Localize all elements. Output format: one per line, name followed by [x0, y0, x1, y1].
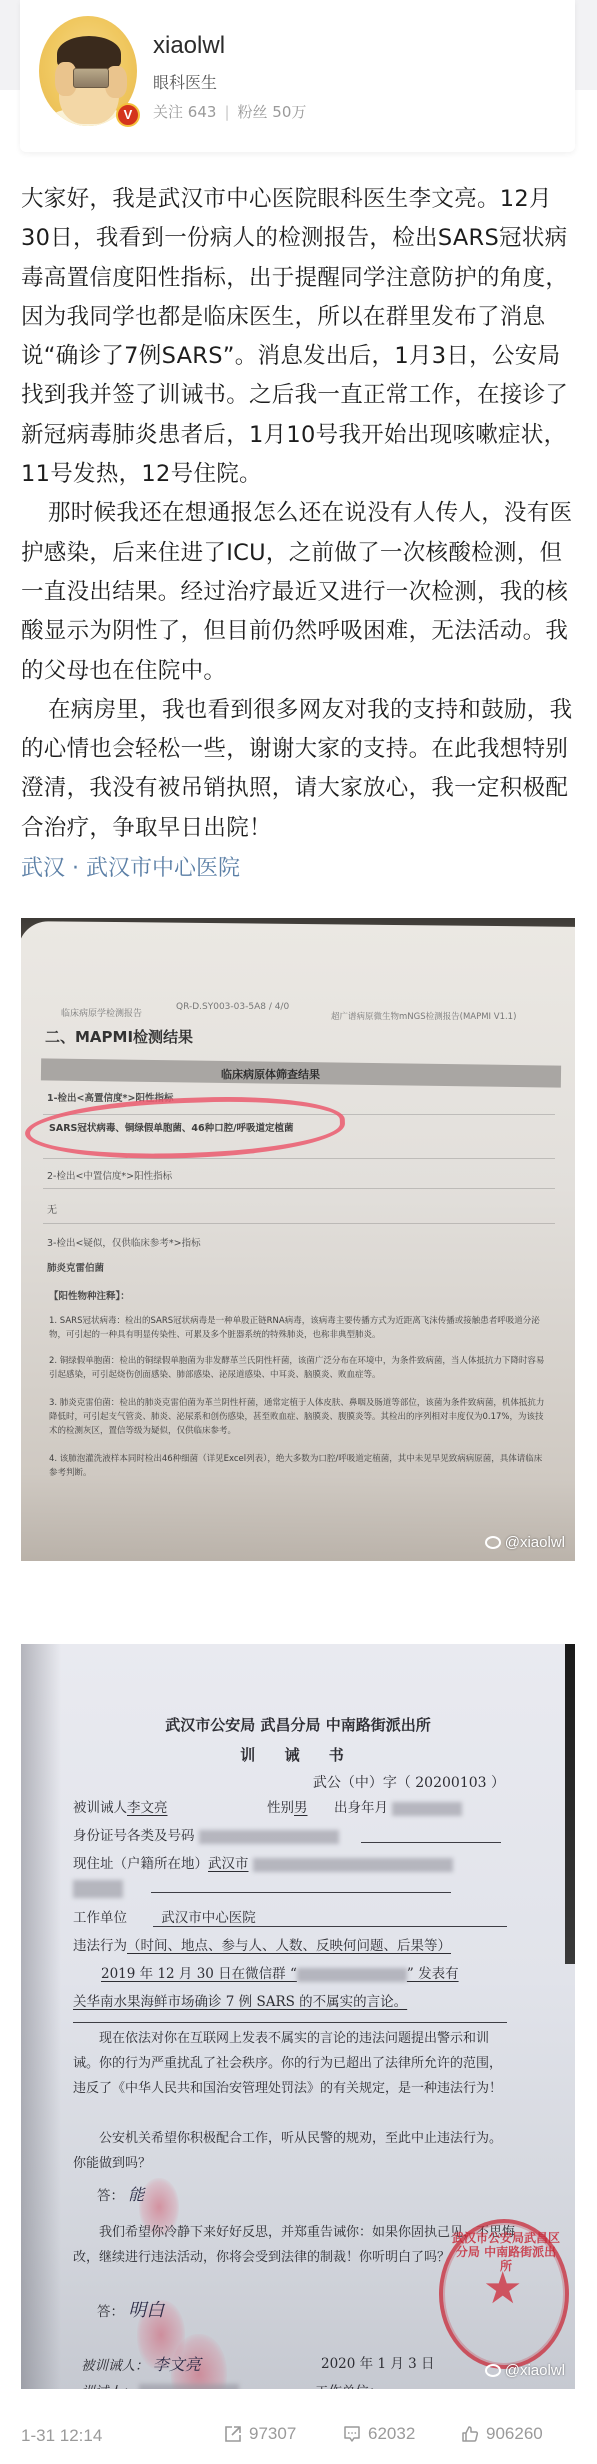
report-header-left: 临床病原学检测报告: [61, 1006, 142, 1019]
report-note: 2. 铜绿假单胞菌：检出的铜绿假单胞菌为非发酵革兰氏阴性杆菌，该菌广泛分布在环境…: [49, 1354, 549, 1382]
official-seal: 武汉市公安局武昌区分局 中南路街派出所 ★: [439, 2219, 569, 2369]
report-line2-label: 2-检出<中置信度*>阳性指标: [47, 1168, 172, 1182]
star-icon: ★: [483, 2263, 522, 2314]
answer-label: 答：: [97, 2304, 124, 2320]
repost-count: 97307: [249, 2424, 296, 2444]
report-rule: [43, 1223, 555, 1224]
verified-badge-icon: V: [116, 103, 140, 127]
letter-employer-row: 工作单位 武汉市中心医院: [73, 1906, 256, 1926]
post-body: 大家好，我是武汉市中心医院眼科医生李文亮。12月30日，我看到一份病人的检测报告…: [21, 180, 581, 848]
report-section-title: 二、MAPMI检测结果: [45, 1026, 193, 1047]
offense-label: 违法行为: [73, 1938, 127, 1954]
weibo-logo-icon: [485, 2364, 501, 2377]
answer-label: 答：: [97, 2188, 124, 2204]
letter-sign-date: 2020 年 1 月 3 日: [321, 2352, 435, 2372]
employer-label: 工作单位: [73, 1910, 127, 1926]
offense-text: 2019 年 12 月 30 日在微信群 “: [101, 1966, 297, 1982]
id-label: 身份证号各类及号码: [73, 1828, 195, 1844]
underline: [361, 1842, 501, 1843]
followers-link[interactable]: 粉丝 50万: [238, 101, 307, 122]
report-rule: [43, 1188, 555, 1189]
letter-officer-row: 训诫人：: [81, 2380, 239, 2389]
repost-icon: [224, 2425, 242, 2443]
letter-offense-line1: 2019 年 12 月 30 日在微信群 “” 发表有: [101, 1962, 459, 1982]
report-line3-value: 肺炎克雷伯菌: [47, 1260, 104, 1274]
underline: [73, 2022, 507, 2023]
letter-question1: 公安机关希望你积极配合工作，听从民警的规劝，至此中止违法行为。你能做到吗？: [73, 2126, 513, 2176]
redacted-field: [297, 1968, 407, 1982]
user-stats: 关注 643 | 粉丝 50万: [153, 101, 306, 122]
post-footer: 1-31 12:14 97307 62032 906260: [21, 2424, 575, 2454]
report-header-right: 超广谱病原微生物mNGS检测报告(MAPMI V1.1): [331, 1010, 516, 1022]
watermark-text: @xiaolwl: [505, 2362, 565, 2379]
username[interactable]: xiaolwl: [153, 32, 225, 60]
report-rule: [43, 1158, 555, 1159]
comment-count: 62032: [368, 2424, 415, 2444]
location-link[interactable]: 武汉 · 武汉市中心医院: [21, 851, 240, 882]
post-paragraph: 在病房里，我也看到很多网友对我的支持和鼓励，我的心情也会轻松一些，谢谢大家的支持…: [21, 691, 581, 848]
gender-value: 男: [294, 1796, 334, 1816]
birth-label: 出身年月: [334, 1800, 388, 1816]
offense-text: ” 发表有: [407, 1966, 459, 1982]
underline: [151, 1892, 451, 1893]
letter-id-row: 身份证号各类及号码: [73, 1824, 339, 1844]
gender-label: 性别: [267, 1800, 294, 1816]
letter-subject-row: 被训诫人李文亮性别男出身年月: [73, 1796, 462, 1816]
subject-label: 被训诫人: [73, 1800, 127, 1816]
officer-label: 训诫人：: [81, 2384, 135, 2389]
letter-offense-line2: 关华南水果海鲜市场确诊 7 例 SARS 的不属实的言论。: [73, 1990, 407, 2010]
redacted-field: [139, 2384, 239, 2390]
weibo-logo-icon: [485, 1536, 501, 1549]
letter-answer1-row: 答： 能: [97, 2182, 144, 2205]
report-line2-value: 无: [47, 1201, 57, 1216]
signee-label: 被训诫人：: [81, 2358, 149, 2374]
image-watermark: @xiaolwl: [485, 1534, 565, 1551]
image-watermark: @xiaolwl: [485, 2362, 565, 2379]
redacted-field: [73, 1880, 123, 1898]
redacted-field: [199, 1830, 339, 1844]
stats-divider: |: [224, 103, 229, 121]
letter-title: 训 诫 书: [21, 1744, 575, 1765]
profile-card: V xiaolwl 眼科医生 关注 643 | 粉丝 50万: [20, 0, 575, 152]
post-image-lab-report[interactable]: 临床病原学检测报告 QR-D.SY003-03-5A8 / 4/0 超广谱病原微…: [21, 918, 575, 1561]
camera-icon: [73, 68, 109, 88]
letter-warning-paragraph: 现在依法对你在互联网上发表不属实的言论的违法问题提出警示和训诫。你的行为严重扰乱…: [73, 2026, 513, 2101]
address-label: 现住址（户籍所在地）: [73, 1856, 208, 1872]
letter-offense-row: 违法行为（时间、地点、参与人、人数、反映何问题、后果等）: [73, 1934, 451, 1954]
followers-label: 粉丝: [238, 103, 268, 121]
letter-address-row: 现住址（户籍所在地）武汉市: [73, 1852, 453, 1872]
report-note: 1. SARS冠状病毒：检出的SARS冠状病毒是一种单股正链RNA病毒，该病毒主…: [49, 1314, 549, 1342]
answer2-handwriting: 明白: [128, 2300, 164, 2321]
comment-icon: [343, 2425, 361, 2443]
subject-value: 李文亮: [127, 1796, 267, 1816]
repost-button[interactable]: 97307: [224, 2424, 296, 2444]
following-link[interactable]: 关注 643: [153, 101, 216, 122]
letter-organization: 武汉市公安局 武昌分局 中南路街派出所: [21, 1714, 575, 1735]
report-line3-label: 3-检出<疑似，仅供临床参考*>指标: [47, 1235, 201, 1249]
letter-address-row2: [73, 1880, 123, 1898]
report-band-label: 临床病原体筛查结果: [221, 1066, 320, 1082]
redacted-field: [253, 1858, 453, 1872]
post-paragraph: 大家好，我是武汉市中心医院眼科医生李文亮。12月30日，我看到一份病人的检测报告…: [21, 180, 581, 494]
thumbs-up-icon: [461, 2425, 479, 2443]
followers-count: 50万: [272, 103, 306, 121]
following-label: 关注: [153, 103, 183, 121]
offense-hint: （时间、地点、参与人、人数、反映何问题、后果等）: [127, 1938, 451, 1954]
letter-signee-row: 被训诫人： 李文亮: [81, 2352, 201, 2375]
following-count: 643: [188, 103, 217, 121]
post-image-admonition-letter[interactable]: 武汉市公安局 武昌分局 中南路街派出所 训 诫 书 武公（中）字（ 202001…: [21, 1644, 575, 2389]
address-value: 武汉市: [208, 1856, 249, 1872]
letter-answer2-row: 答： 明白: [97, 2296, 164, 2322]
like-count: 906260: [486, 2424, 543, 2444]
underline: [153, 1926, 507, 1927]
post-timestamp: 1-31 12:14: [21, 2426, 102, 2446]
redacted-field: [392, 1802, 462, 1816]
comment-button[interactable]: 62032: [343, 2424, 415, 2444]
signee-signature: 李文亮: [153, 2355, 201, 2374]
report-note: 3. 肺炎克雷伯菌：检出的肺炎克雷伯菌为革兰阴性杆菌，通常定植于人体皮肤、鼻咽及…: [49, 1396, 549, 1438]
officer-unit-label: 工作单位：: [315, 2380, 383, 2389]
photo-background: [565, 1644, 575, 1964]
report-header-code: QR-D.SY003-03-5A8 / 4/0: [176, 1002, 289, 1012]
report-note: 4. 该肺泡灌洗液样本同时检出46种细菌（详见Excel列表），绝大多数为口腔/…: [49, 1452, 549, 1480]
watermark-text: @xiaolwl: [505, 1534, 565, 1551]
post-paragraph: 那时候我还在想通报怎么还在说没有人传人，没有医护感染，后来住进了ICU，之前做了…: [21, 494, 581, 690]
report-notes-label: 【阳性物种注释】：: [49, 1288, 130, 1302]
user-bio: 眼科医生: [153, 70, 217, 93]
answer1-handwriting: 能: [128, 2185, 144, 2204]
like-button[interactable]: 906260: [461, 2424, 543, 2444]
letter-number: 武公（中）字（ 20200103 ）: [313, 1772, 505, 1792]
employer-value: 武汉市中心医院: [161, 1910, 256, 1926]
